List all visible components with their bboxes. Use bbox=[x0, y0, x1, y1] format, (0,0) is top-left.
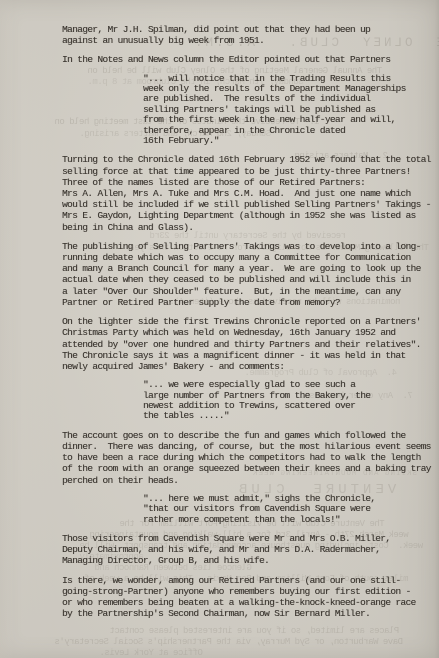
bleedthrough-text: Places are limited, so if you are intere… bbox=[110, 626, 399, 636]
text-line: On the lighter side the first Trewins Ch… bbox=[62, 316, 438, 327]
paragraph: Manager, Mr J.H. Spilman, did point out … bbox=[62, 24, 438, 46]
text-line: perched on their heads. bbox=[62, 475, 438, 486]
document-body: Manager, Mr J.H. Spilman, did point out … bbox=[62, 24, 438, 627]
quote-paragraph: "... we were especially glad to see such… bbox=[143, 380, 438, 422]
text-line: The account goes on to describe the fun … bbox=[62, 430, 438, 441]
text-line: Three of the names listed are those of o… bbox=[62, 177, 438, 188]
text-line: by the Partnership's Second Chairman, no… bbox=[62, 608, 438, 619]
text-line: or who remembers being beaten at a walki… bbox=[62, 597, 438, 608]
paragraph: The publishing of Selling Partners' Taki… bbox=[62, 241, 438, 308]
text-line: newly acquired James' Bakery - and comme… bbox=[62, 361, 438, 372]
bleedthrough-text: Office at York Levis. bbox=[100, 648, 203, 658]
text-line: and many a Branch Council for many a yea… bbox=[62, 263, 438, 274]
bleedthrough-text: Dave Warburton, or Syd Murray, via the P… bbox=[55, 637, 403, 647]
paragraph: Those visitors from Cavendish Square wer… bbox=[62, 533, 438, 567]
text-line: going-strong-Partner) anyone who remembe… bbox=[62, 586, 438, 597]
typewritten-page: THE OLNEY CLUB. A.G.M.The Annual General… bbox=[0, 0, 439, 658]
text-line: Turning to the Chronicle dated 16th Febr… bbox=[62, 154, 438, 165]
text-line: Mrs A. Allen, Mrs A. Tuke and Mrs C.M. H… bbox=[62, 188, 438, 199]
text-line: In the Notes and News column the Editor … bbox=[62, 54, 438, 65]
quote-paragraph: "... here we must admit," sighs the Chro… bbox=[143, 494, 438, 525]
text-line: would still be included if we still publ… bbox=[62, 199, 438, 210]
text-line: Is there, we wonder, among our Retired P… bbox=[62, 575, 438, 586]
text-line: of the room with an orange squeezed betw… bbox=[62, 463, 438, 474]
text-line: selling force at that time appeared to b… bbox=[62, 166, 438, 177]
text-line: The Chronicle says it was a magnificent … bbox=[62, 350, 438, 361]
text-line: attended by "over one hundred and thirty… bbox=[62, 339, 438, 350]
text-line: Partner or Retired Partner supply the da… bbox=[62, 297, 438, 308]
paragraph: The account goes on to describe the fun … bbox=[62, 430, 438, 486]
text-line: The publishing of Selling Partners' Taki… bbox=[62, 241, 438, 252]
text-line: Managing Director, Group B, and his wife… bbox=[62, 555, 438, 566]
text-line: a later "Over Our Shoulder" feature. But… bbox=[62, 286, 438, 297]
text-line: "... we were especially glad to see such… bbox=[143, 380, 438, 390]
quote-paragraph: "... will notice that in the Trading Res… bbox=[143, 74, 438, 147]
text-line: Mrs E. Gaydon, Lighting Department (alth… bbox=[62, 210, 438, 221]
text-line: Manager, Mr J.H. Spilman, did point out … bbox=[62, 24, 438, 35]
text-line: rather more competent than the locals!" bbox=[143, 515, 438, 525]
paragraph: On the lighter side the first Trewins Ch… bbox=[62, 316, 438, 372]
paragraph: Turning to the Chronicle dated 16th Febr… bbox=[62, 154, 438, 232]
paragraph: In the Notes and News column the Editor … bbox=[62, 54, 438, 65]
text-line: against an unusually big week from 1951. bbox=[62, 35, 438, 46]
text-line: dinner. There was dancing, of course, bu… bbox=[62, 441, 438, 452]
paragraph: Is there, we wonder, among our Retired P… bbox=[62, 575, 438, 620]
text-line: Christmas Party which was held on Wednes… bbox=[62, 327, 438, 338]
text-line: being in China and Glass). bbox=[62, 222, 438, 233]
text-line: Deputy Chairman, and his wife, and Mr an… bbox=[62, 544, 438, 555]
text-line: 16th February." bbox=[143, 136, 438, 146]
text-line: actual date when they ceased to be publi… bbox=[62, 274, 438, 285]
text-line: to have been a race during which the com… bbox=[62, 452, 438, 463]
text-line: running debate which was to occupy many … bbox=[62, 252, 438, 263]
text-line: Those visitors from Cavendish Square wer… bbox=[62, 533, 438, 544]
text-line: the tables ....." bbox=[143, 411, 438, 421]
text-line: "that our visitors from Cavendish Square… bbox=[143, 504, 438, 514]
